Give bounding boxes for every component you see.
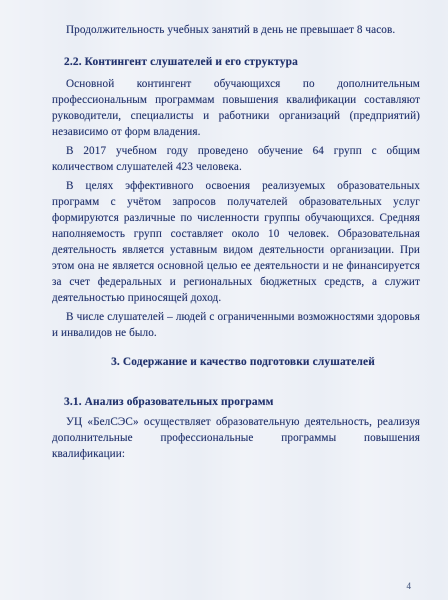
section-3-heading: 3. Содержание и качество подготовки слуш… xyxy=(52,354,420,370)
paragraph-programs-intro: УЦ «БелСЭС» осуществляет образовательную… xyxy=(52,414,420,462)
document-content: Продолжительность учебных занятий в день… xyxy=(52,22,420,465)
page-number: 4 xyxy=(407,581,412,591)
document-page: Продолжительность учебных занятий в день… xyxy=(0,0,448,600)
paragraph-group-formation: В целях эффективного освоения реализуемы… xyxy=(52,178,420,306)
section-3-1-heading: 3.1. Анализ образовательных программ xyxy=(52,394,420,410)
paragraph-study-duration: Продолжительность учебных занятий в день… xyxy=(52,22,420,38)
paragraph-contingent: Основной контингент обучающихся по допол… xyxy=(52,76,420,140)
paragraph-disabilities: В числе слушателей – людей с ограниченны… xyxy=(52,309,420,341)
paragraph-2017-groups: В 2017 учебном году проведено обучение 6… xyxy=(52,143,420,175)
section-2-2-heading: 2.2. Контингент слушателей и его структу… xyxy=(52,54,420,70)
